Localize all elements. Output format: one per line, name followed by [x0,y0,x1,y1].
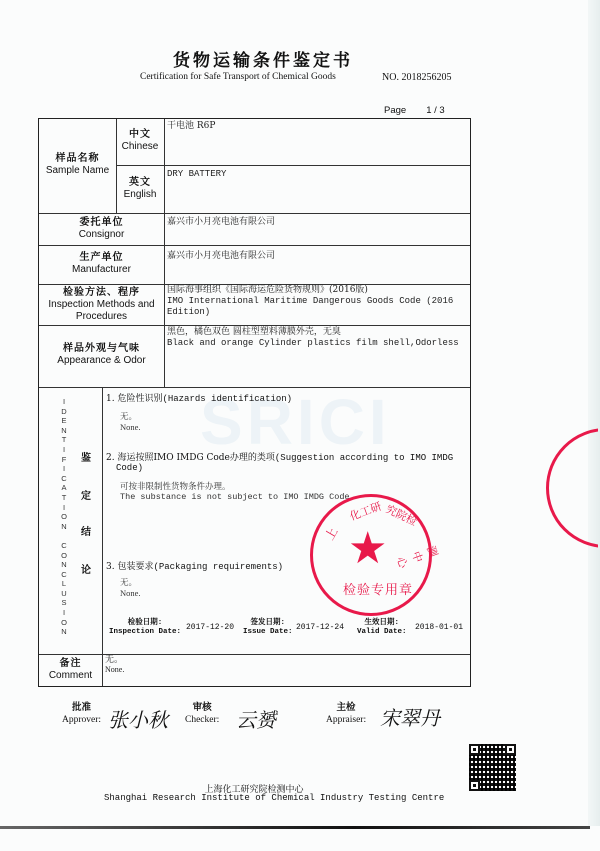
valid-date-value: 2018-01-01 [415,623,463,632]
section-packaging-title: 3. 包装要求(Packaging requirements) [106,559,283,572]
section-suggestion-body: 可按非限制性货物条件办理。 The substance is not subje… [120,481,355,503]
edge-stamp [538,428,598,548]
appraiser-signature: 宋翠丹 [380,702,440,731]
sample-name-chinese-value: 干电池 R6P [167,121,215,132]
page-indicator: Page1 / 3 [384,105,445,116]
consignor-label: 委托单位 Consignor [39,217,164,241]
vertical-label-cn-4: 论 [81,561,91,576]
vertical-label-en: IDENTIFICATION CONCLUSION [59,397,69,637]
section-hazards-title: 1. 危险性识别(Hazards identification) [106,391,292,404]
valid-date-label: 生效日期:Valid Date: [357,619,407,637]
inspection-date-value: 2017-12-20 [186,623,234,632]
vertical-label-cn-1: 鉴 [81,449,91,464]
page-value: 1 / 3 [426,105,445,116]
inspection-methods-value: 国际海事组织《国际海运危险货物规则》(2016版) IMO Internatio… [167,285,453,318]
comment-value: 无。 None. [105,656,124,674]
checker-label: 审核Checker: [185,702,219,726]
approver-signature: 张小秋 [108,704,168,733]
vertical-label-cn-2: 定 [81,487,91,502]
qr-code-icon[interactable] [469,744,516,791]
section-suggestion-title: 2. 海运按照IMO IMDG Code办理的类项(Suggestion acc… [106,450,453,473]
certificate-number: NO. 2018256205 [382,72,451,83]
appraiser-label: 主检Appraiser: [326,702,366,726]
appearance-label: 样品外观与气味 Appearance & Odor [39,343,164,367]
issue-date-label: 签发日期:Issue Date: [243,619,293,637]
sample-name-english-value: DRY BATTERY [167,169,226,180]
star-icon: ★ [348,527,387,571]
document-title-cn: 货物运输条件鉴定书 [0,46,600,71]
official-stamp: 上 化工研 究院检 测中心 ★ 检验专用章 [310,494,432,616]
checker-signature: 云赟 [236,704,276,733]
document-title-en: Certification for Safe Transport of Chem… [140,72,336,82]
vertical-label-cn-3: 结 [81,523,91,538]
appearance-value: 黑色，橘色双色 圆柱型塑料薄膜外壳，无臭 Black and orange Cy… [167,327,459,349]
manufacturer-value: 嘉兴市小月亮电池有限公司 [167,251,275,262]
inspection-date-label: 检验日期:Inspection Date: [109,619,181,637]
comment-label: 备注 Comment [39,658,102,682]
stamp-center-text: 检验专用章 [343,579,413,598]
signature-row: 批准Approver: 张小秋 审核Checker: 云赟 主检Appraise… [0,702,600,732]
manufacturer-label: 生产单位 Manufacturer [39,252,164,276]
sample-name-label: 样品名称 Sample Name [39,153,116,177]
page-label: Page [384,105,406,116]
page-bottom-edge [0,826,590,829]
consignor-value: 嘉兴市小月亮电池有限公司 [167,217,275,228]
inspection-methods-label: 检验方法、程序 Inspection Methods and Procedure… [39,287,164,323]
issue-date-value: 2017-12-24 [296,623,344,632]
chinese-label: 中文 Chinese [116,129,164,153]
approver-label: 批准Approver: [62,702,101,726]
footer-org-en: Shanghai Research Institute of Chemical … [104,793,444,803]
english-label: 英文 English [116,177,164,201]
section-hazards-body: 无。 None. [120,411,141,433]
section-packaging-body: 无。 None. [120,577,141,599]
